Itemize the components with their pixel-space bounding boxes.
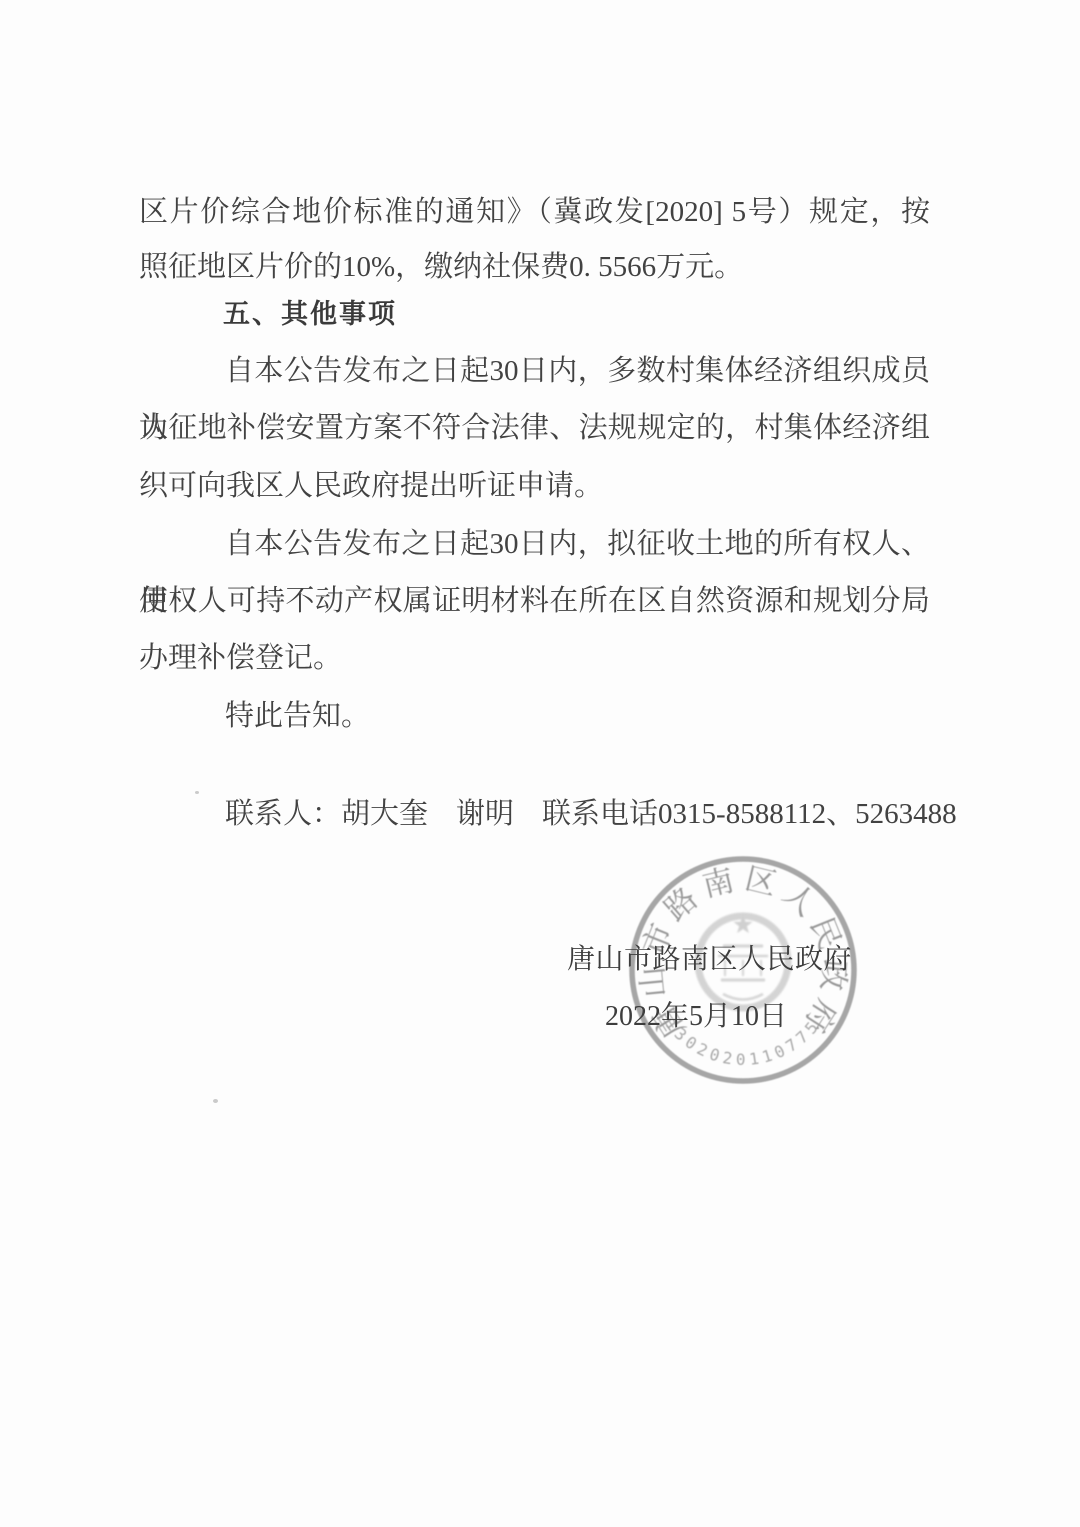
scan-speck bbox=[195, 791, 199, 794]
closing-line: 特此告知。 bbox=[139, 688, 930, 745]
scan-speck bbox=[213, 1099, 218, 1103]
document-page: 区片价综合地价标准的通知》（冀政发[2020] 5号）规定，按 照征地区片价的1… bbox=[0, 0, 1080, 1527]
body-line: 为征地补偿安置方案不符合法律、法规规定的，村集体经济组 bbox=[139, 400, 930, 457]
section-heading: 五、其他事项 bbox=[223, 286, 397, 343]
body-line: 区片价综合地价标准的通知》（冀政发[2020] 5号）规定，按 bbox=[139, 184, 930, 241]
issuing-authority: 唐山市路南区人民政府 bbox=[567, 940, 852, 980]
contact-person-1: 胡大奎 bbox=[341, 798, 428, 830]
body-line: 织可向我区人民政府提出听证申请。 bbox=[139, 458, 930, 515]
body-line: 用权人可持不动产权属证明材料在所在区自然资源和规划分局 bbox=[139, 573, 930, 630]
contact-person-2: 谢明 bbox=[456, 798, 514, 830]
body-line: 办理补偿登记。 bbox=[139, 630, 930, 687]
contact-label: 联系人： bbox=[225, 798, 341, 830]
issue-date: 2022年5月10日 bbox=[605, 997, 787, 1037]
